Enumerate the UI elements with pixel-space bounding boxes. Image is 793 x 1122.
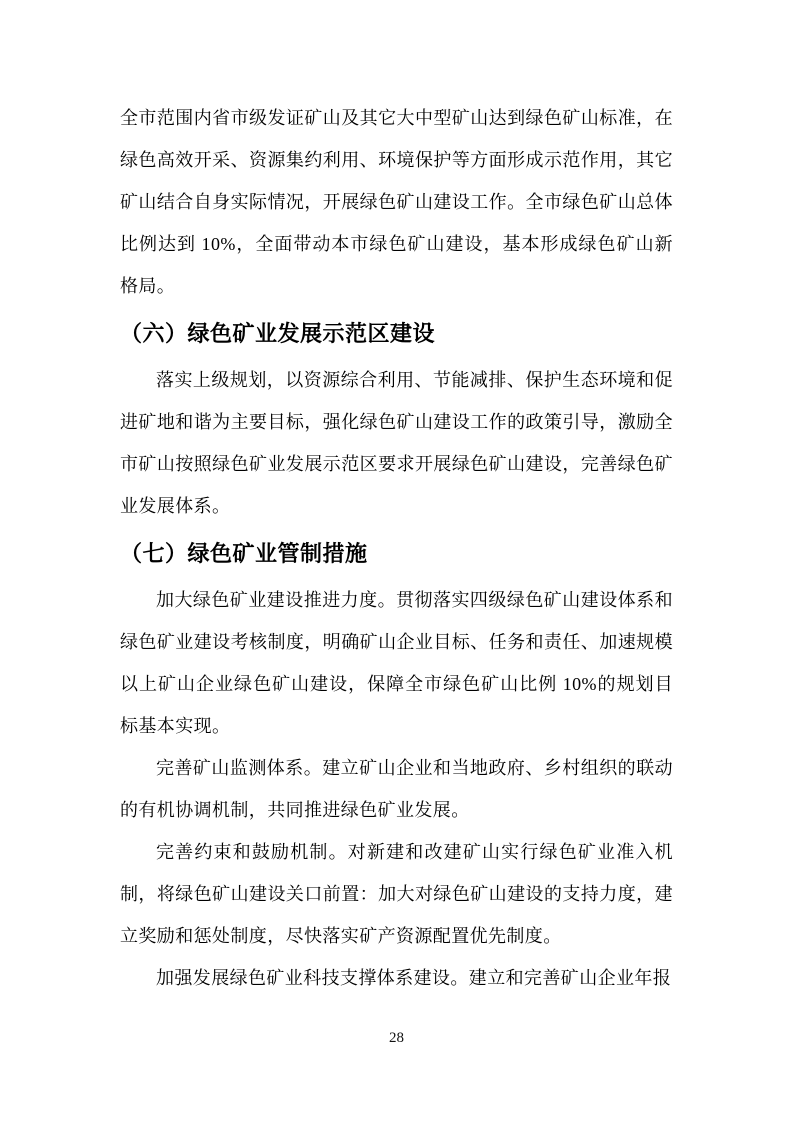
body-paragraph-incentive-mechanism: 完善约束和鼓励机制。对新建和改建矿山实行绿色矿业准入机制，将绿色矿山建设关口前置… — [120, 831, 673, 957]
body-paragraph-green-mine-standard: 全市范围内省市级发证矿山及其它大中型矿山达到绿色矿山标准，在绿色高效开采、资源集… — [120, 97, 673, 307]
body-paragraph-upper-level-planning: 落实上级规划，以资源综合利用、节能减排、保护生态环境和促进矿地和谐为主要目标，强… — [120, 359, 673, 527]
document-body: 全市范围内省市级发证矿山及其它大中型矿山达到绿色矿山标准，在绿色高效开采、资源集… — [120, 97, 673, 999]
section-heading-six-demonstration-zone: （六）绿色矿业发展示范区建设 — [120, 313, 673, 355]
document-page: 全市范围内省市级发证矿山及其它大中型矿山达到绿色矿山标准，在绿色高效开采、资源集… — [0, 0, 793, 1122]
section-heading-seven-control-measures: （七）绿色矿业管制措施 — [120, 533, 673, 575]
page-number: 28 — [0, 1030, 793, 1047]
body-paragraph-promotion-efforts: 加大绿色矿业建设推进力度。贯彻落实四级绿色矿山建设体系和绿色矿业建设考核制度，明… — [120, 579, 673, 747]
body-paragraph-monitoring-system: 完善矿山监测体系。建立矿山企业和当地政府、乡村组织的联动的有机协调机制，共同推进… — [120, 747, 673, 831]
body-paragraph-tech-support-system: 加强发展绿色矿业科技支撑体系建设。建立和完善矿山企业年报 — [120, 957, 673, 999]
